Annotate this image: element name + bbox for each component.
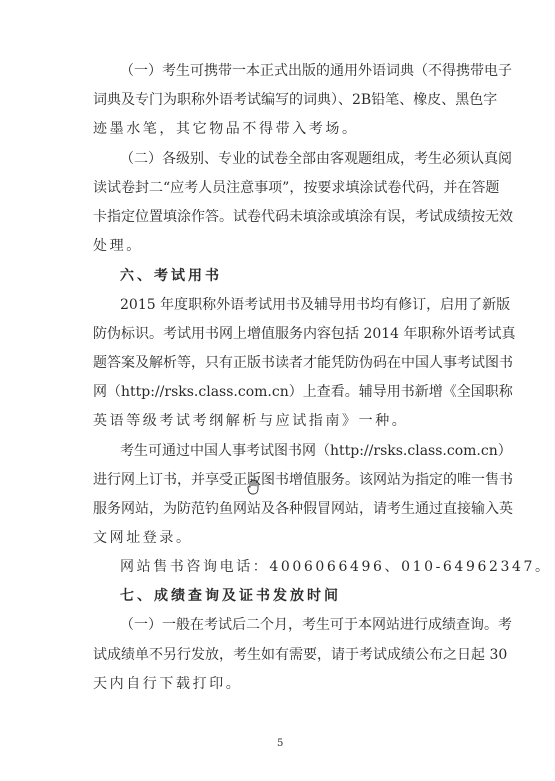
- paragraph-line: 文网址登录。: [93, 528, 478, 548]
- paragraph-line: 2015 年度职称外语考试用书及辅导用书均有修订，启用了新版: [120, 295, 478, 315]
- document-page: （一）考生可携带一本正式出版的通用外语词典（不得携带电子 词典及专门为职称外语考…: [0, 0, 555, 781]
- paragraph-line: 防伪标识。考试用书网上增值服务内容包括 2014 年职称外语考试真: [93, 324, 478, 344]
- paragraph-line: 服务网站，为防范钓鱼网站及各种假冒网站，请考生通过直接输入英: [93, 499, 478, 519]
- paragraph-line: 天内自行下载打印。: [93, 674, 478, 694]
- paragraph-line: 题答案及解析等，只有正版书读者才能凭防伪码在中国人事考试图书: [93, 353, 478, 373]
- paragraph-line: （二）各级别、专业的试卷全部由客观题组成，考生必须认真阅: [120, 149, 478, 169]
- paragraph-line: 迹墨水笔，其它物品不得带入考场。: [93, 119, 478, 139]
- paragraph-line: 英语等级考试考纲解析与应试指南》一种。: [93, 411, 478, 431]
- page-number: 5: [277, 738, 283, 749]
- paragraph-line-with-url: 网（http://rsks.class.com.cn）上查看。辅导用书新增《全国…: [93, 382, 478, 402]
- paragraph-line: 处理。: [93, 236, 478, 256]
- paragraph-line-with-url: 考生可通过中国人事考试图书网（http://rsks.class.com.cn）: [120, 441, 478, 461]
- phone-line: 网站售书咨询电话：4006066496、010-64962347。: [120, 557, 478, 577]
- section-heading-exam-books: 六、考试用书: [120, 266, 478, 286]
- hand-pointer-icon: [247, 479, 261, 495]
- paragraph-line: （一）一般在考试后二个月，考生可于本网站进行成绩查询。考: [120, 615, 478, 635]
- paragraph-line: 进行网上订书，并享受正版图书增值服务。该网站为指定的唯一售书: [93, 470, 478, 490]
- paragraph-line: 卡指定位置填涂作答。试卷代码未填涂或填涂有误，考试成绩按无效: [93, 207, 478, 227]
- paragraph-line: 试成绩单不另行发放，考生如有需要，请于考试成绩公布之日起 30: [93, 645, 478, 665]
- paragraph-line: 读试卷封二“应考人员注意事项”，按要求填涂试卷代码，并在答题: [93, 178, 478, 198]
- paragraph-line: 词典及专门为职称外语考试编写的词典）、2B铅笔、橡皮、黑色字: [93, 90, 478, 110]
- section-heading-results: 七、成绩查询及证书发放时间: [120, 586, 478, 606]
- paragraph-line: （一）考生可携带一本正式出版的通用外语词典（不得携带电子: [120, 61, 478, 81]
